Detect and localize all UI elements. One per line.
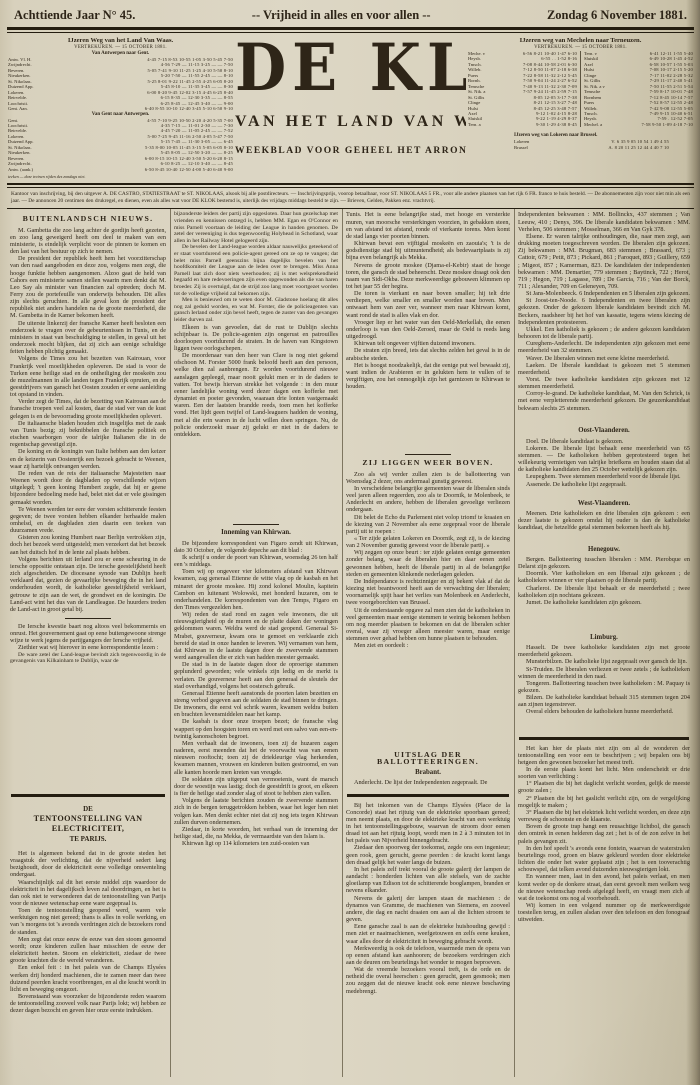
body-paragraph: Ik schrijf u onder de poort van Khirwan,…: [174, 554, 338, 568]
body-paragraph: Vroeger liep er het water van den Oeld-M…: [346, 319, 510, 340]
station-name: Brussel: [514, 145, 531, 150]
body-paragraph: Elkeen is van gevoelen, dat de rust te D…: [174, 324, 338, 353]
body-paragraph: Charleroi. De liberale lijst behaalt er …: [518, 585, 690, 599]
body-paragraph: De uiterste linkerzij der fransche Kamer…: [10, 320, 166, 356]
body-paragraph: Gisteren zou koning Humbert naar Berlijn…: [10, 534, 166, 555]
body-paragraph: Toen de tentoonstelling geopend werd, wa…: [10, 907, 166, 936]
separator-rule: [233, 524, 279, 525]
body-paragraph: Men verhaalt dat de inwoners, toen zij d…: [174, 740, 338, 776]
feuilleton-rule: [519, 737, 689, 740]
body-paragraph: bijzonderste leiders der partij zijn opg…: [174, 211, 338, 244]
body-paragraph: Men zegt dat onze eeuw de eeuw van den s…: [10, 936, 166, 965]
section-subheading: Limburg.: [518, 634, 690, 641]
column-segment: Het is algemeen bekend dat in de groote …: [10, 850, 166, 1075]
body-paragraph: Dit belet de Echo du Parlement niet volo…: [346, 514, 510, 535]
body-paragraph: Khirwan bevat een vijftigtal moskeën en …: [346, 240, 510, 261]
body-paragraph: 1° Plaatsen die bij het daglicht verlich…: [518, 780, 690, 794]
body-paragraph: De kasbah is door onze troepen bezet; de…: [174, 718, 338, 739]
body-paragraph: Ziedaar, in korte woorden, het verhaal v…: [174, 826, 338, 840]
body-column-3: Tunis. Het is eene belangrijke stad, met…: [342, 209, 514, 1077]
body-paragraph: Men ziet en oordeelt :: [346, 642, 510, 649]
body-paragraph: En wanneer men, laat in den avond, het p…: [518, 873, 690, 902]
column-segment: BUITENLANDSCH NIEUWS.M. Gambetta die zoo…: [10, 211, 166, 789]
header-rule: [7, 27, 694, 30]
body-paragraph: Waarschijnlijk zal dit het eerste middel…: [10, 879, 166, 908]
body-paragraph: Overal elders behouden de katholieken hu…: [518, 708, 690, 715]
body-paragraph: Jumet. De katholieke kandidaten zijn gek…: [518, 599, 690, 606]
body-paragraph: Boven de groote trap hangt een reusachti…: [518, 823, 690, 844]
station-name: Gent. Aan.: [8, 106, 31, 111]
body-paragraph: Het kan hier de plaats niet zijn om al d…: [518, 745, 690, 766]
timetable-waas: IJzeren Weg van het Land Van Waas. VERTR…: [6, 35, 235, 182]
newspaper-page: Achttiende Jaar N° 45. -- Vrijheid in al…: [0, 0, 700, 1085]
body-paragraph: 3° Plaatsen die bij het elektriek licht …: [518, 809, 690, 823]
body-paragraph: Volgens berichten uit Ierland zou er een…: [10, 556, 166, 613]
column-segment: Meenen. Drie katholieken en drie liberal…: [518, 510, 690, 544]
section-heading: ZIJ LIGGEN WEER BOVEN.: [346, 459, 510, 466]
body-paragraph: Independenten bekwamen : MM. Bollinckx, …: [518, 211, 690, 232]
section-subheading: Henegouw.: [518, 546, 690, 553]
section-heading: BUITENLANDSCH NIEUWS.: [10, 215, 166, 222]
body-paragraph: M. Gambetta die zoo lang achter de gordi…: [10, 227, 166, 256]
body-paragraph: Doornik. Vier katholieken en een liberaa…: [518, 570, 690, 584]
date-label: Zondag 6 November 1881.: [547, 8, 687, 23]
section-subheading: Oost-Vlaanderen.: [518, 427, 690, 434]
body-paragraph: Generaal Etienne heeft aanstonds de poor…: [174, 690, 338, 719]
body-paragraph: Corroy-le-grand. De katholieke kandidaat…: [518, 390, 690, 411]
body-paragraph: Lokeren. De liberale lijst behaalt eene …: [518, 445, 690, 474]
body-paragraph: Nevens de galerij der lampen staan de ma…: [346, 895, 510, 924]
departure-times: 7-58 9-50 1-09 4-18 7-10: [642, 122, 694, 127]
body-paragraph: Wij reden de stad rond en zagen vele inw…: [174, 611, 338, 661]
body-paragraph: St Jans-Molenbeeck. 6 Independenten en 5…: [518, 290, 690, 297]
body-paragraph: Het is hoogst noodzakelijk, dat die eeni…: [346, 362, 510, 391]
body-paragraph: Ziethier wat wij hierover in eene korres…: [10, 644, 166, 651]
body-paragraph: Toen wij op ongeveer vier kilometers afs…: [174, 568, 338, 611]
feuilleton-rule: [347, 794, 509, 797]
body-paragraph: Hasselt. De twee katholieke kandidaten z…: [518, 644, 690, 658]
body-paragraph: De bijzondere korrespondent van Figaro z…: [174, 540, 338, 554]
body-paragraph: De Indépendance is rechtzinniger en zij …: [346, 578, 510, 607]
timetable-split: Meche. v6-56 8-21 10-40 1-47 6-10Heysb.6…: [468, 51, 693, 127]
column-segment: Anderlecht. De lijst der Independenten z…: [346, 779, 510, 789]
timetable-rows: Tern. v6-41 12-11 1-55 5-40Sluiskil6-49 …: [580, 51, 693, 127]
body-paragraph: Bilzen. De katholieke kandidaat behaalt …: [518, 694, 690, 708]
section-subheading: Brabant.: [346, 769, 510, 776]
column-segment: Het kan hier de plaats niet zijn om al d…: [518, 745, 690, 1045]
body-paragraph: Elsene. Er waren talrijke onthoudingen, …: [518, 233, 690, 290]
article-title-line: TE PARIJS.: [10, 834, 166, 844]
body-paragraph: Wij komen in een volgend nummer op de me…: [518, 902, 690, 923]
body-paragraph: Waver. De liberalen winnen met eene klei…: [518, 355, 690, 362]
departure-times: 6-50 8-45 10-40 12-50 4-00 5-40 6-40 9-0…: [145, 167, 233, 172]
body-paragraph: Tongeren. Ballotteering tusschen twee ka…: [518, 680, 690, 694]
body-paragraph: De koning en de koningin van Italie hebb…: [10, 448, 166, 469]
article-title-line: TENTOONSTELLING VAN ELECTRICITEIT,: [10, 814, 166, 834]
body-paragraph: De toren is vierkant en naar boven small…: [346, 290, 510, 319]
column-segment: Hasselt. De twee katholieke kandidaten z…: [518, 644, 690, 732]
column-segment: Bergen. Ballotteering tusschen liberalen…: [518, 556, 690, 632]
timetable-rows: Gent.4-55 7-10 9-25 10-50 2-20 4-20 5-35…: [8, 118, 233, 173]
column-segment: Bij het inkomen van de Champs Elysées (P…: [346, 802, 510, 1070]
station-name: Tern. a: [468, 122, 484, 127]
body-paragraph: Khirwan ligt op 114 kilometers ten zuid-…: [174, 840, 338, 847]
body-paragraph: St Joost-ten-Noode. 6 Independenten en t…: [518, 297, 690, 326]
article-title: DETENTOONSTELLING VAN ELECTRICITEIT,TE P…: [10, 804, 166, 844]
separator-rule: [405, 454, 451, 455]
body-paragraph: Bij het inkomen van de Champs Elysées (P…: [346, 802, 510, 845]
newspaper-tagline: WEEKBLAD VOOR GEHEEL HET ARRONDISSEMENT.: [235, 146, 466, 156]
body-paragraph: Anderlecht. De lijst der Independenten z…: [346, 779, 510, 786]
body-paragraph: De reden van de reis der italiaansche Ma…: [10, 470, 166, 506]
body-paragraph: In verscheidene belangrijke gemeenten wa…: [346, 485, 510, 514]
subscription-notice: Kantoor van inschrijving, bij den uitgev…: [6, 188, 695, 206]
body-paragraph: De stad is in de laatste dagen door de o…: [174, 661, 338, 690]
timetable-footnote: teeken — deze treinen rijden des zondags…: [8, 174, 233, 179]
body-paragraph: Doel. De liberale kandidaat is gekozen.: [518, 438, 690, 445]
body-paragraph: In de eerste plaats komt het licht. Men …: [518, 766, 690, 780]
body-paragraph: Assenede. De katholieke lijst zegepraalt…: [518, 481, 690, 488]
body-paragraph: Khirwan telt ongeveer vijftien duizend i…: [346, 340, 510, 347]
article-title-line: DE: [10, 804, 166, 814]
timetable-waas-title: IJzeren Weg van het Land Van Waas.: [8, 37, 233, 45]
masthead: DE KLOK VAN HET LAND VAN WAAS. WEEKBLAD …: [235, 35, 466, 182]
motto-label: -- Vrijheid in alles en voor allen --: [252, 8, 431, 23]
body-paragraph: Tunis. Het is eene belangrijke stad, met…: [346, 211, 510, 240]
section-subheading: Inneming van Khirwan.: [174, 529, 338, 536]
body-paragraph: Cureghem-Anderlecht. De independenten zi…: [518, 340, 690, 354]
body-paragraph: Wat de vreemde bezoekers vooral treft, i…: [346, 966, 510, 995]
body-paragraph: Eene gansche zaal is aan de elektrieke h…: [346, 923, 510, 944]
body-paragraph: Uit de onderstaande opgave zal men zien …: [346, 607, 510, 643]
timetable-row: Tern. a9-30 1-29 4-38 8-45: [468, 122, 577, 127]
column-segment: Independenten bekwamen : MM. Bollinckx, …: [518, 211, 690, 425]
body-paragraph: Men is benieuwd om te weten door M. Glad…: [174, 297, 338, 323]
body-paragraph: Leupeghem. Twee stemmen meerderheid voor…: [518, 473, 690, 480]
body-paragraph: De soldaten zijn uitgeput van vermoeieni…: [174, 776, 338, 797]
body-paragraph: Verder zegt de Times, dat de bezetting v…: [10, 398, 166, 419]
timetable-brussels: IJzeren weg van Lokeren naar Brussel. Lo…: [514, 133, 669, 150]
timetable-row: Antw. (aank.)6-50 8-45 10-40 12-50 4-00 …: [8, 167, 233, 172]
body-paragraph: Bergen. Ballotteering tusschen liberalen…: [518, 556, 690, 570]
timetable-rows: LokerenV. 6 35 9 05 10 54 1 49 4 55Bruss…: [514, 139, 669, 150]
timetable-rows: Meche. v6-56 8-21 10-40 1-47 6-10Heysb.6…: [468, 51, 577, 127]
page-header: Achttiende Jaar N° 45. -- Vrijheid in al…: [6, 5, 695, 27]
body-paragraph: Vorst. De twee katholieke kandidaten zij…: [518, 376, 690, 390]
departure-times: A. 8 20 11 25 12 44 4 40 7 10: [608, 145, 669, 150]
body-paragraph: Bovenstaand was voorzeker de bijzonderst…: [10, 993, 166, 1014]
body-paragraph: Meenen. Drie katholieken en drie liberal…: [518, 510, 690, 531]
body-paragraph: Laeken. De liberale kandidaat is gekozen…: [518, 362, 690, 376]
header-rule-thin: [7, 32, 694, 33]
column-segment: Doel. De liberale kandidaat is gekozen.L…: [518, 438, 690, 498]
body-paragraph: Merkweerdig is ook de telefoon, waarmede…: [346, 945, 510, 966]
section-heading: UITSLAG DER BALLOTTEERINGEN.: [346, 751, 510, 765]
edition-label: Achttiende Jaar N° 45.: [14, 8, 135, 23]
column-segment: Zoo als wij verder zullen zien is de bal…: [346, 471, 510, 747]
body-paragraph: In het paleis zelf trekt vooral de groot…: [346, 866, 510, 895]
timetable-rows: Antw. Vl. H.4-45 7-15 8-53 10-55 1-05 3-…: [8, 57, 233, 112]
timetable-row: BrusselA. 8 20 11 25 12 44 4 40 7 10: [514, 145, 669, 150]
body-paragraph: De italiaansche bladen houden zich insge…: [10, 420, 166, 449]
body-paragraph: Te Weenen werden ter eere der vorsten sc…: [10, 506, 166, 535]
masthead-band: IJzeren Weg van het Land Van Waas. VERTR…: [6, 35, 695, 182]
feuilleton-rule: [11, 794, 165, 797]
column-segment: bijzonderste leiders der partij zijn opg…: [174, 211, 338, 519]
body-paragraph: Nevens de groote moskee (Djama-el-Kebir)…: [346, 262, 510, 291]
section-subheading: West-Vlaanderen.: [518, 500, 690, 507]
body-column-1: BUITENLANDSCH NIEUWS.M. Gambetta die zoo…: [7, 209, 170, 1077]
body-paragraph: Munsterbilzen. De katholieke lijst zegep…: [518, 658, 690, 665]
body-paragraph: Volgens de laatste berichten zouden de z…: [174, 797, 338, 826]
station-name: Mechel. a: [584, 122, 605, 127]
body-columns: BUITENLANDSCH NIEUWS.M. Gambetta die zoo…: [7, 208, 694, 1077]
newspaper-subtitle: VAN HET LAND VAN WAAS.: [235, 113, 466, 131]
timetable-terneuzen: IJzeren weg van Mechelen naar Terneuzen.…: [466, 35, 695, 182]
separator-rule: [65, 618, 111, 619]
body-paragraph: Volgens de Times zou het bezetten van Ka…: [10, 355, 166, 398]
body-paragraph: De ware zetel der Land-league bevindt zi…: [10, 652, 166, 665]
body-paragraph: Een enkel feit : in het paleis van de Ch…: [10, 964, 166, 993]
column-segment: De bijzondere korrespondent van Figaro z…: [174, 540, 338, 1060]
body-paragraph: De bevelen der Land-league worden aldaar…: [174, 244, 338, 297]
body-paragraph: In den hof speelt 's avonds eene fontein…: [518, 845, 690, 874]
body-paragraph: Zoo als wij verder zullen zien is de bal…: [346, 471, 510, 485]
body-paragraph: Ukkel. Een katholiek is gekozen ; de and…: [518, 326, 690, 340]
body-paragraph: Wij zeggen op onze beurt : ter zijde gel…: [346, 549, 510, 578]
newspaper-title: DE KLOK: [235, 35, 466, 101]
body-column-2: bijzonderste leiders der partij zijn opg…: [170, 209, 342, 1077]
column-segment: Tunis. Het is eene belangrijke stad, met…: [346, 211, 510, 449]
body-paragraph: De moordenaar van den heer van Clare is …: [174, 352, 338, 438]
body-paragraph: De Iersche kwestie baart nog altoos veel…: [10, 623, 166, 644]
body-paragraph: Het is algemeen bekend dat in de groote …: [10, 850, 166, 879]
body-paragraph: « Ter zijde gelaten Lokeren en Doornik, …: [346, 535, 510, 549]
timetable-terneuzen-title: IJzeren weg van Mechelen naar Terneuzen.: [468, 37, 693, 45]
body-paragraph: St-Truiden. De liberalen verliezen er tw…: [518, 666, 690, 680]
body-column-4: Independenten bekwamen : MM. Bollinckx, …: [514, 209, 694, 1077]
departure-times: 9-30 1-29 4-38 8-45: [536, 122, 577, 127]
body-paragraph: De president der republiek heeft hem het…: [10, 255, 166, 319]
station-name: Antw. (aank.): [8, 167, 36, 172]
timetable-row: Mechel. a7-58 9-50 1-09 4-18 7-10: [584, 122, 693, 127]
departure-times: 6-40 8-55 10-10 12-40 3-45 5-10 6-50 9-1…: [145, 106, 233, 111]
body-paragraph: Ziedaar den spoorweg der toekomst, zegde…: [346, 844, 510, 865]
body-paragraph: De straten zijn breed, iets dat slechts …: [346, 347, 510, 361]
body-paragraph: 2° Plaatsen die bij het gaslicht verlich…: [518, 795, 690, 809]
